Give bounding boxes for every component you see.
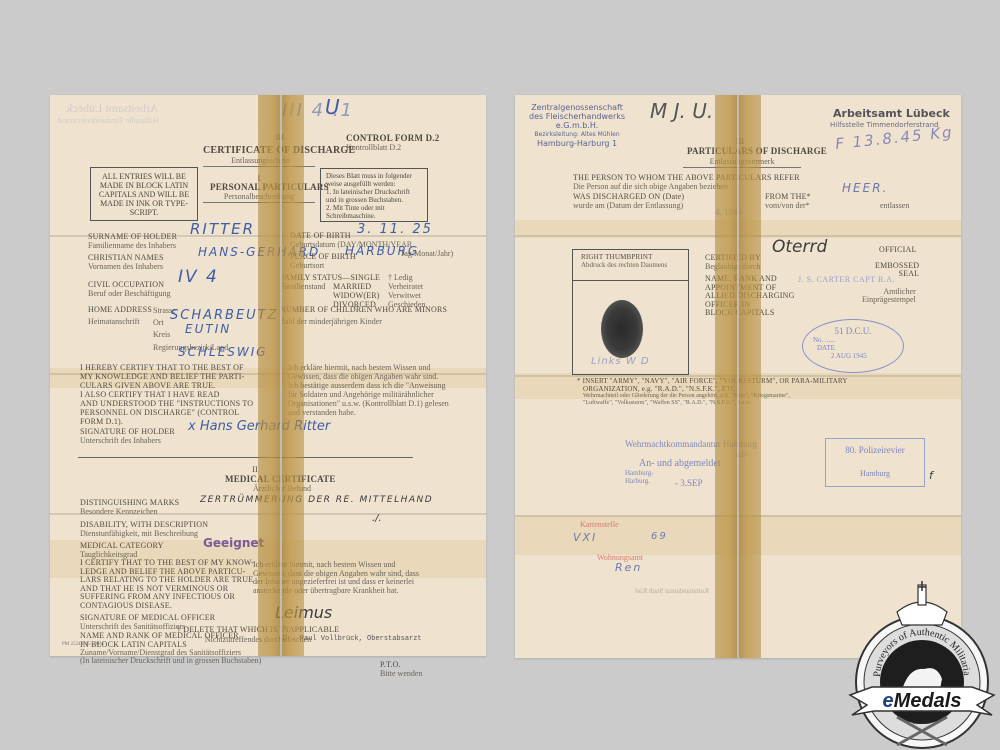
from-the-value: HEER. bbox=[842, 181, 888, 195]
occupation-label: CIVIL OCCUPATION bbox=[88, 280, 164, 289]
children-label: NUMBER OF CHILDREN WHO ARE MINORS bbox=[280, 305, 447, 314]
handwritten-note: U bbox=[325, 95, 342, 119]
repair-tape bbox=[715, 95, 761, 658]
certified-signature: Oterrd bbox=[772, 237, 827, 257]
discharged-on-label: WAS DISCHARGED ON (Date) bbox=[573, 192, 684, 201]
thumbprint-box: RIGHT THUMBPRINT Abdruck des rechten Dau… bbox=[572, 249, 689, 375]
svg-text:Est. 1987: Est. 1987 bbox=[913, 721, 932, 726]
repair-tape bbox=[258, 95, 304, 656]
medical-category-stamp: Geeignet bbox=[203, 536, 264, 550]
medical-category-label: MEDICAL CATEGORY bbox=[80, 541, 164, 550]
faded-stamp: Arbeitsamt Lübeck Hilfsstelle Timmendorf… bbox=[58, 101, 159, 125]
disability-label: DISABILITY, WITH DESCRIPTION bbox=[80, 520, 208, 529]
medical-certification-en: I CERTIFY THAT TO THE BEST OF MY KNOW- L… bbox=[80, 559, 254, 610]
holder-certification-en: I HEREBY CERTIFY THAT TO THE BEST OF MY … bbox=[80, 363, 253, 426]
control-form-de: Kontrollblatt D.2 bbox=[346, 143, 401, 152]
kreis-value: EUTIN bbox=[185, 322, 231, 336]
medical-signature-label: SIGNATURE OF MEDICAL OFFICER bbox=[80, 613, 215, 622]
dcu-oval-stamp: 51 D.C.U. No. ...... DATE 2 AUG 1945 bbox=[802, 319, 904, 373]
person-refer: THE PERSON TO WHOM THE ABOVE PARTICULARS… bbox=[573, 173, 800, 182]
emedals-watermark-logo: Purveyors of Authentic Militaria eMedals… bbox=[842, 577, 1000, 750]
signature-holder-label: SIGNATURE OF HOLDER bbox=[80, 427, 175, 436]
svg-text:eMedals: eMedals bbox=[883, 690, 962, 712]
family-options-de: † Ledig Verheiratet Verwitwet Geschieden bbox=[388, 273, 425, 309]
handwritten-initials: M J. U. bbox=[650, 99, 713, 123]
control-form: CONTROL FORM D.2 bbox=[346, 133, 439, 143]
regbez-value: SCHLESWIG bbox=[178, 345, 268, 359]
bleed-through-text: Kommandantur Stadt Kiel bbox=[635, 587, 709, 595]
polizei-stamp: 80. Polizeirevier Hamburg bbox=[825, 438, 925, 487]
distinguishing-marks-value: ZERTRÜMMERUNG DER RE. MITTELHAND bbox=[200, 495, 433, 505]
disability-value: ./. bbox=[372, 513, 382, 524]
officer-value: J. S. CARTER CAPT R.A. bbox=[798, 275, 895, 284]
cooperative-stamp: Zentralgenossenschaft des Fleischerhandw… bbox=[529, 103, 625, 148]
certificate-of-discharge-back: Zentralgenossenschaft des Fleischerhandw… bbox=[515, 95, 961, 658]
christian-names-label: CHRISTIAN NAMES bbox=[88, 253, 164, 262]
thumbprint bbox=[601, 300, 643, 358]
red-stamp-1: Kartenstelle bbox=[580, 520, 619, 529]
dob-value: 3. 11. 25 bbox=[357, 222, 433, 237]
emedals-badge-icon: Purveyors of Authentic Militaria eMedals… bbox=[842, 577, 1000, 750]
print-code: PM 2524 6.45 500M bbox=[62, 642, 104, 647]
pob-value: HARBURG bbox=[345, 244, 419, 258]
from-the-label: FROM THE* bbox=[765, 192, 811, 201]
home-address-label: HOME ADDRESS bbox=[88, 305, 152, 314]
distinguishing-marks-label: DISTINGUISHING MARKS bbox=[80, 498, 179, 507]
holder-certification-de: Ich erkläre hiermit, nach bestem Wissen … bbox=[288, 363, 449, 417]
instruction-box-de: Dieses Blatt muss in folgender weise aus… bbox=[320, 168, 428, 222]
occupation-value: IV 4 bbox=[178, 267, 219, 287]
insert-note-en: * INSERT "ARMY", "NAVY", "AIR FORCE", "V… bbox=[577, 377, 848, 393]
handwritten-mark: VXI bbox=[573, 531, 597, 544]
surname-value: RITTER bbox=[190, 220, 255, 238]
certificate-of-discharge-front: Arbeitsamt Lübeck Hilfsstelle Timmendorf… bbox=[50, 95, 486, 656]
arbeitsamt-stamp: Arbeitsamt Lübeck bbox=[833, 107, 950, 120]
pto-label: P.T.O. bbox=[380, 660, 401, 669]
instruction-box-en: ALL ENTRIES WILL BE MADE IN BLOCK LATIN … bbox=[90, 167, 198, 221]
surname-label: SURNAME OF HOLDER bbox=[88, 232, 177, 241]
